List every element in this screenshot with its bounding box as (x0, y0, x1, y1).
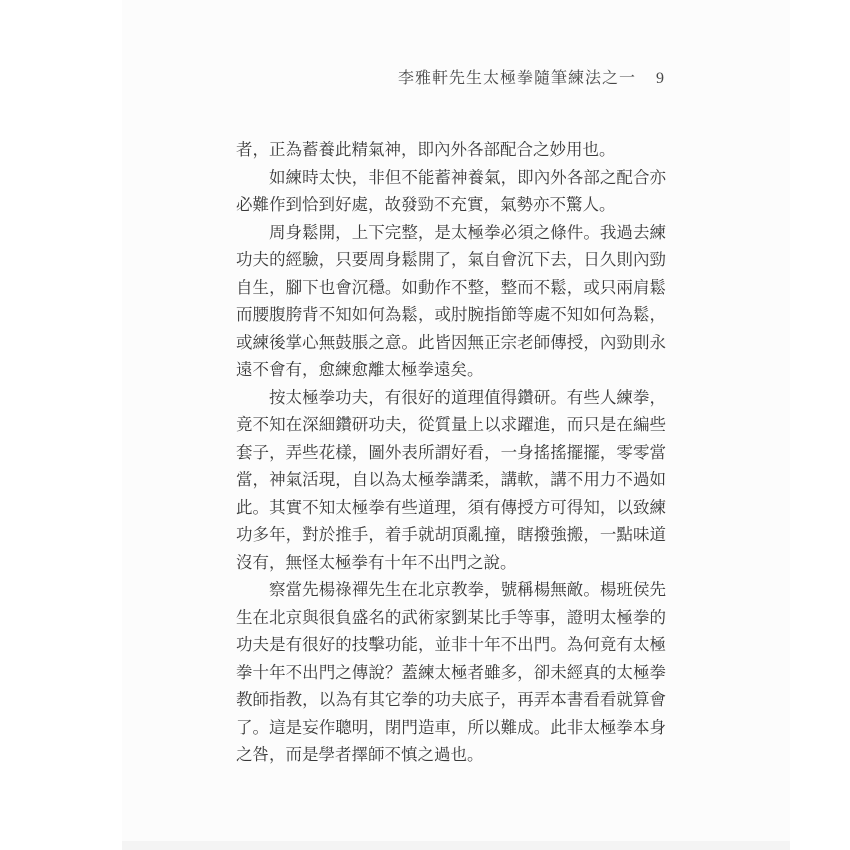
book-page-scan: 李雅軒先生太極拳隨筆練法之一9 者，正為蓄養此精氣神，即內外各部配合之妙用也。 … (0, 0, 850, 850)
running-header-title: 李雅軒先生太極拳隨筆練法之一 (398, 70, 636, 87)
paragraph: 周身鬆開，上下完整，是太極拳必須之條件。我過去練功夫的經驗，只要周身鬆開了，氣自… (236, 219, 666, 384)
body-text: 者，正為蓄養此精氣神，即內外各部配合之妙用也。 如練時太快，非但不能蓄神養氣，即… (236, 136, 666, 769)
paragraph: 察當先楊祿禪先生在北京教拳，號稱楊無敵。楊班侯先生在北京與很負盛名的武術家劉某比… (236, 576, 666, 769)
paragraph: 如練時太快，非但不能蓄神養氣，即內外各部之配合亦必難作到恰到好處，故發勁不充實，… (236, 164, 666, 219)
page-bottom-edge (122, 841, 790, 850)
page-sheet: 李雅軒先生太極拳隨筆練法之一9 者，正為蓄養此精氣神，即內外各部配合之妙用也。 … (122, 0, 790, 850)
running-header: 李雅軒先生太極拳隨筆練法之一9 (236, 68, 664, 90)
paragraph: 按太極拳功夫，有很好的道理值得鑽研。有些人練拳，竟不知在深細鑽研功夫，從質量上以… (236, 384, 666, 577)
page-number: 9 (656, 70, 664, 87)
paragraph: 者，正為蓄養此精氣神，即內外各部配合之妙用也。 (236, 136, 666, 164)
